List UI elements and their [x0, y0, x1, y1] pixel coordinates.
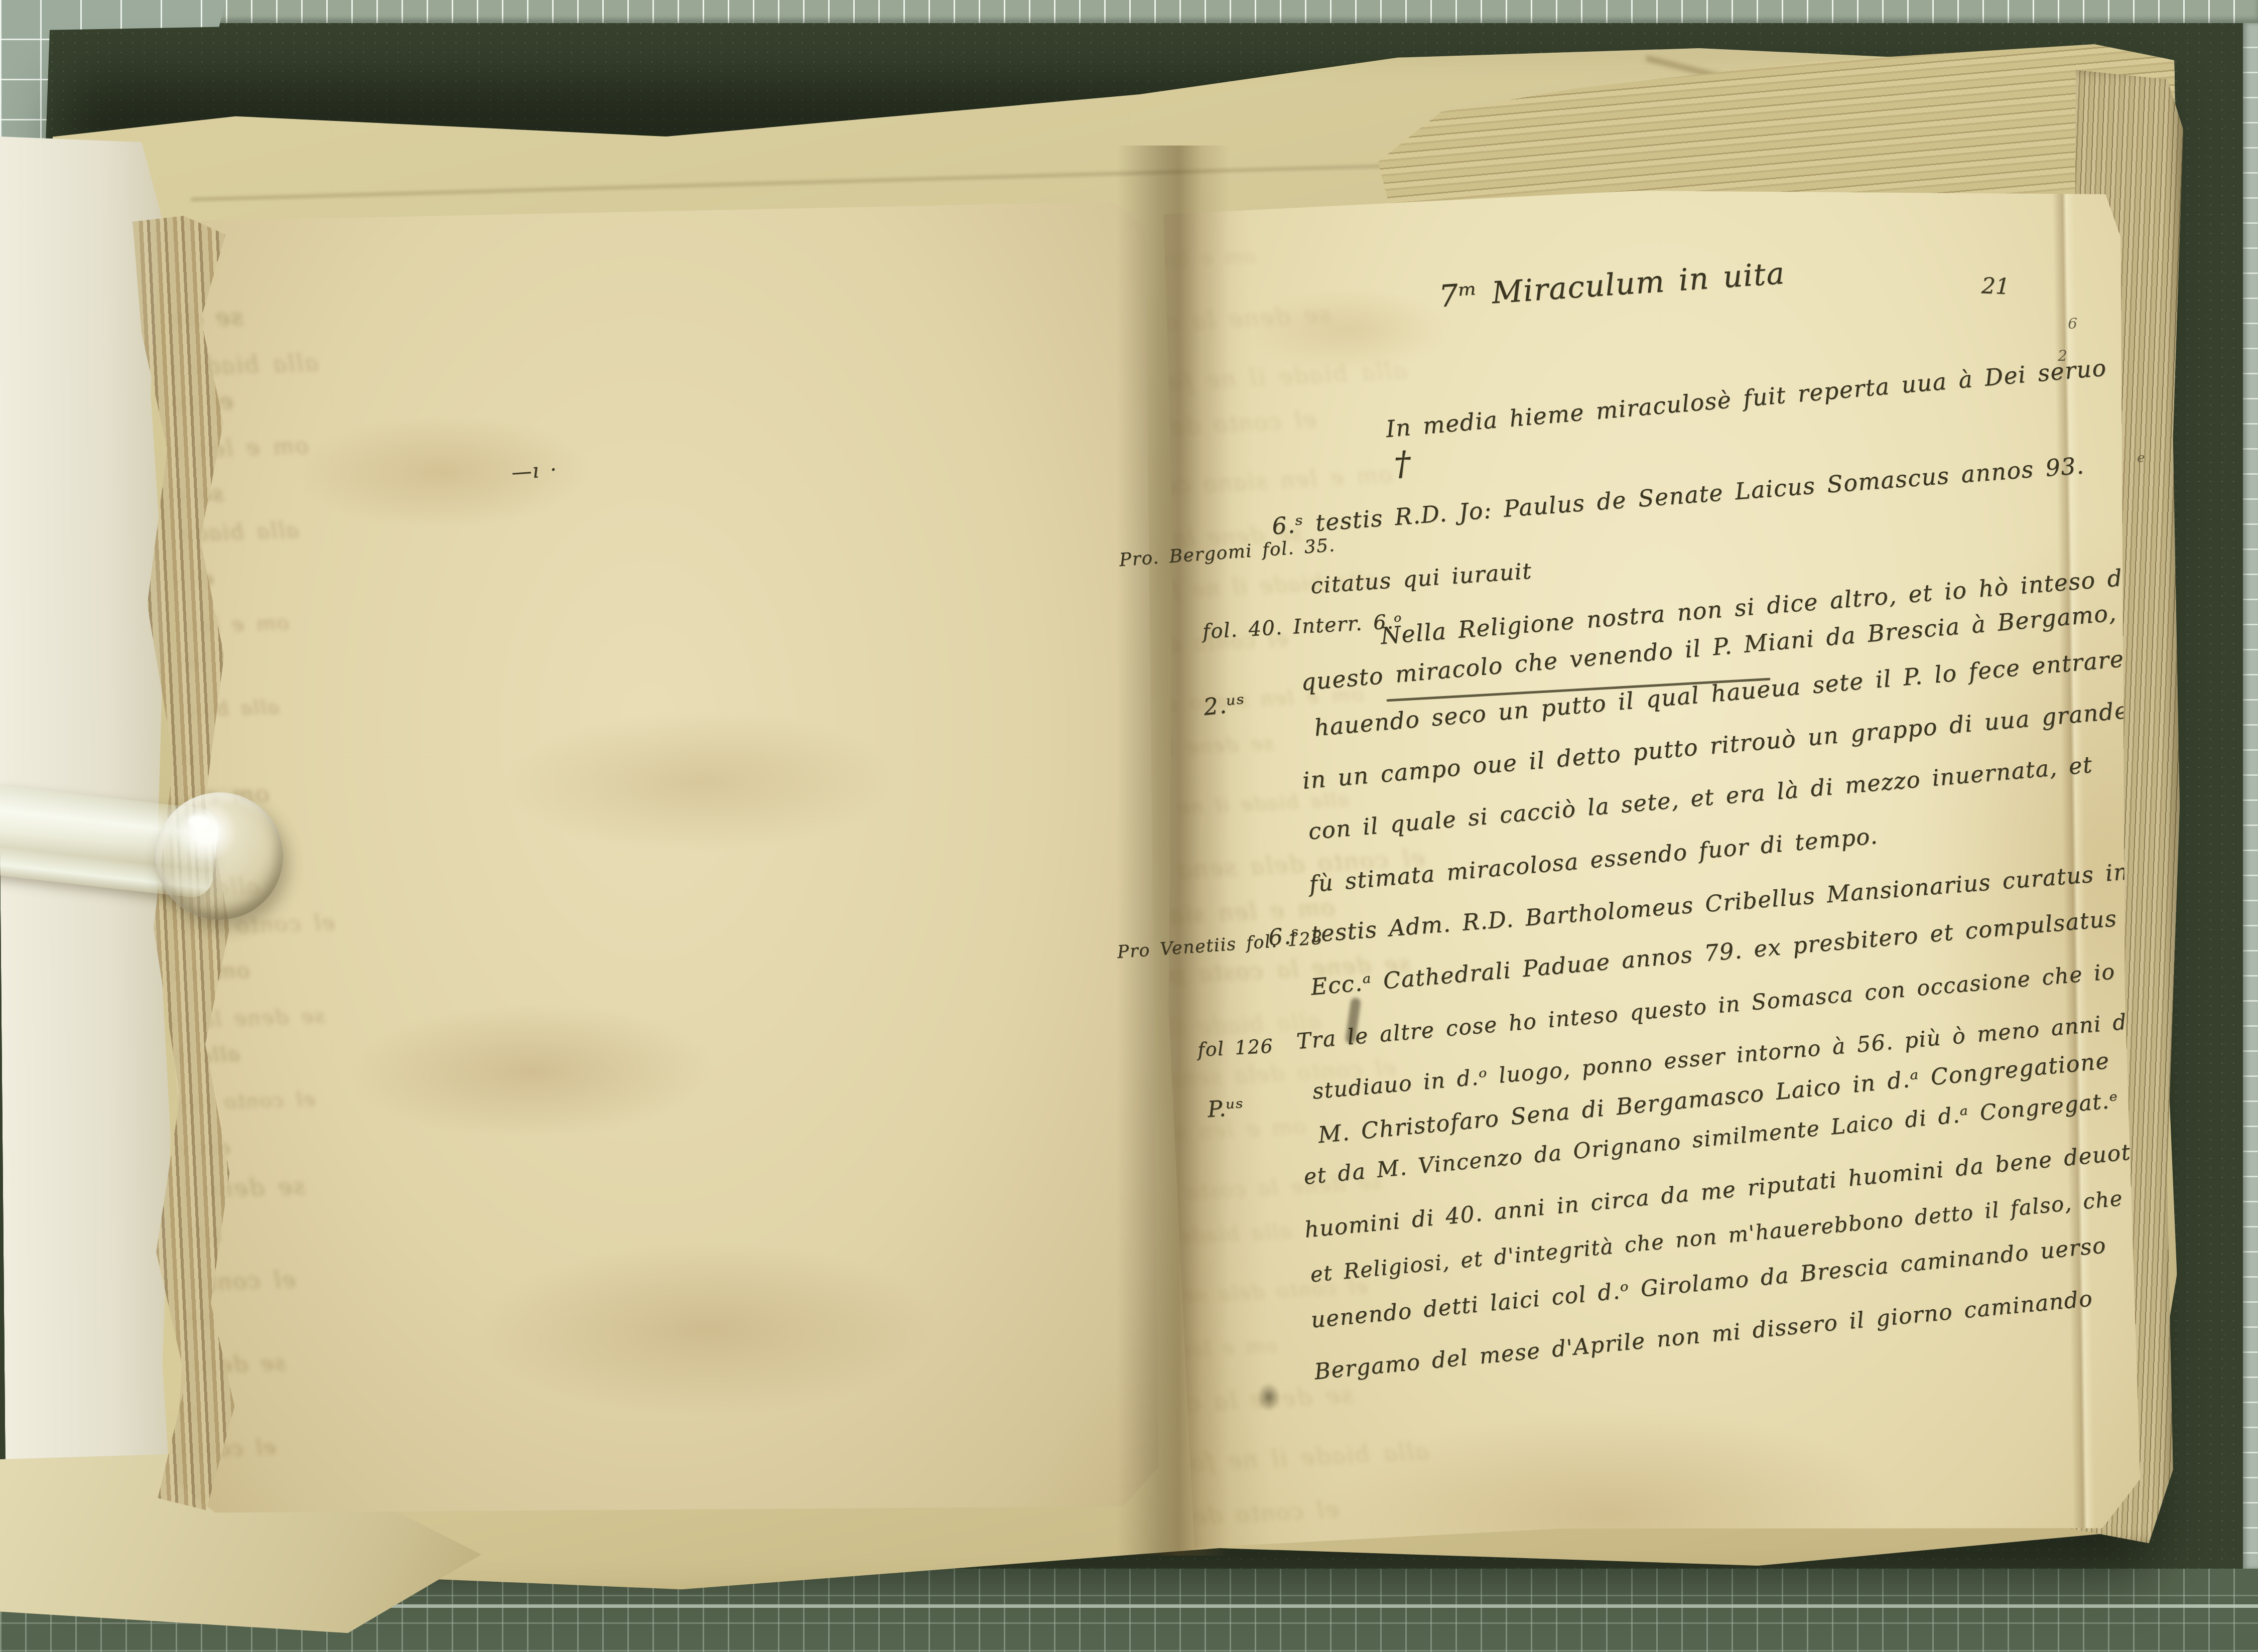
edge-pen-mark: 6 [2068, 315, 2077, 333]
manuscript-line: 6.ˢ testis R.D. Jo: Paulus de Senate Lai… [1271, 452, 2085, 540]
ink-smudge [1257, 1383, 1280, 1412]
cross-mark: † [1393, 444, 1412, 483]
page-crease [2052, 184, 2095, 1534]
folio-number: 21 [1981, 273, 2010, 300]
margin-note: 2.ᵘˢ [1202, 689, 1247, 720]
edge-pen-mark: e [2137, 451, 2145, 466]
left-page-ink-mark: —ı · [511, 458, 558, 484]
right-ruler-strip [2243, 23, 2258, 1569]
edge-pen-mark: 2 [2058, 347, 2067, 365]
manuscript-line: citatus qui iurauit [1309, 558, 1532, 599]
margin-note: fol 126 [1197, 1035, 1274, 1061]
manuscript-line: In media hieme miraculosè fuit reperta u… [1385, 354, 2108, 443]
gutter-shadow [1117, 146, 1230, 1556]
manuscript-photo: —ı · om e len siano conae il ss dmo alla… [0, 0, 2258, 1652]
page-heading: 7ᵐ Miraculum in uita [1438, 255, 1786, 314]
right-page: 7ᵐ Miraculum in uitaIn media hieme mirac… [1154, 183, 2141, 1548]
top-ruler-grid [0, 0, 2258, 23]
margin-note: P.ᵘˢ [1207, 1094, 1245, 1123]
